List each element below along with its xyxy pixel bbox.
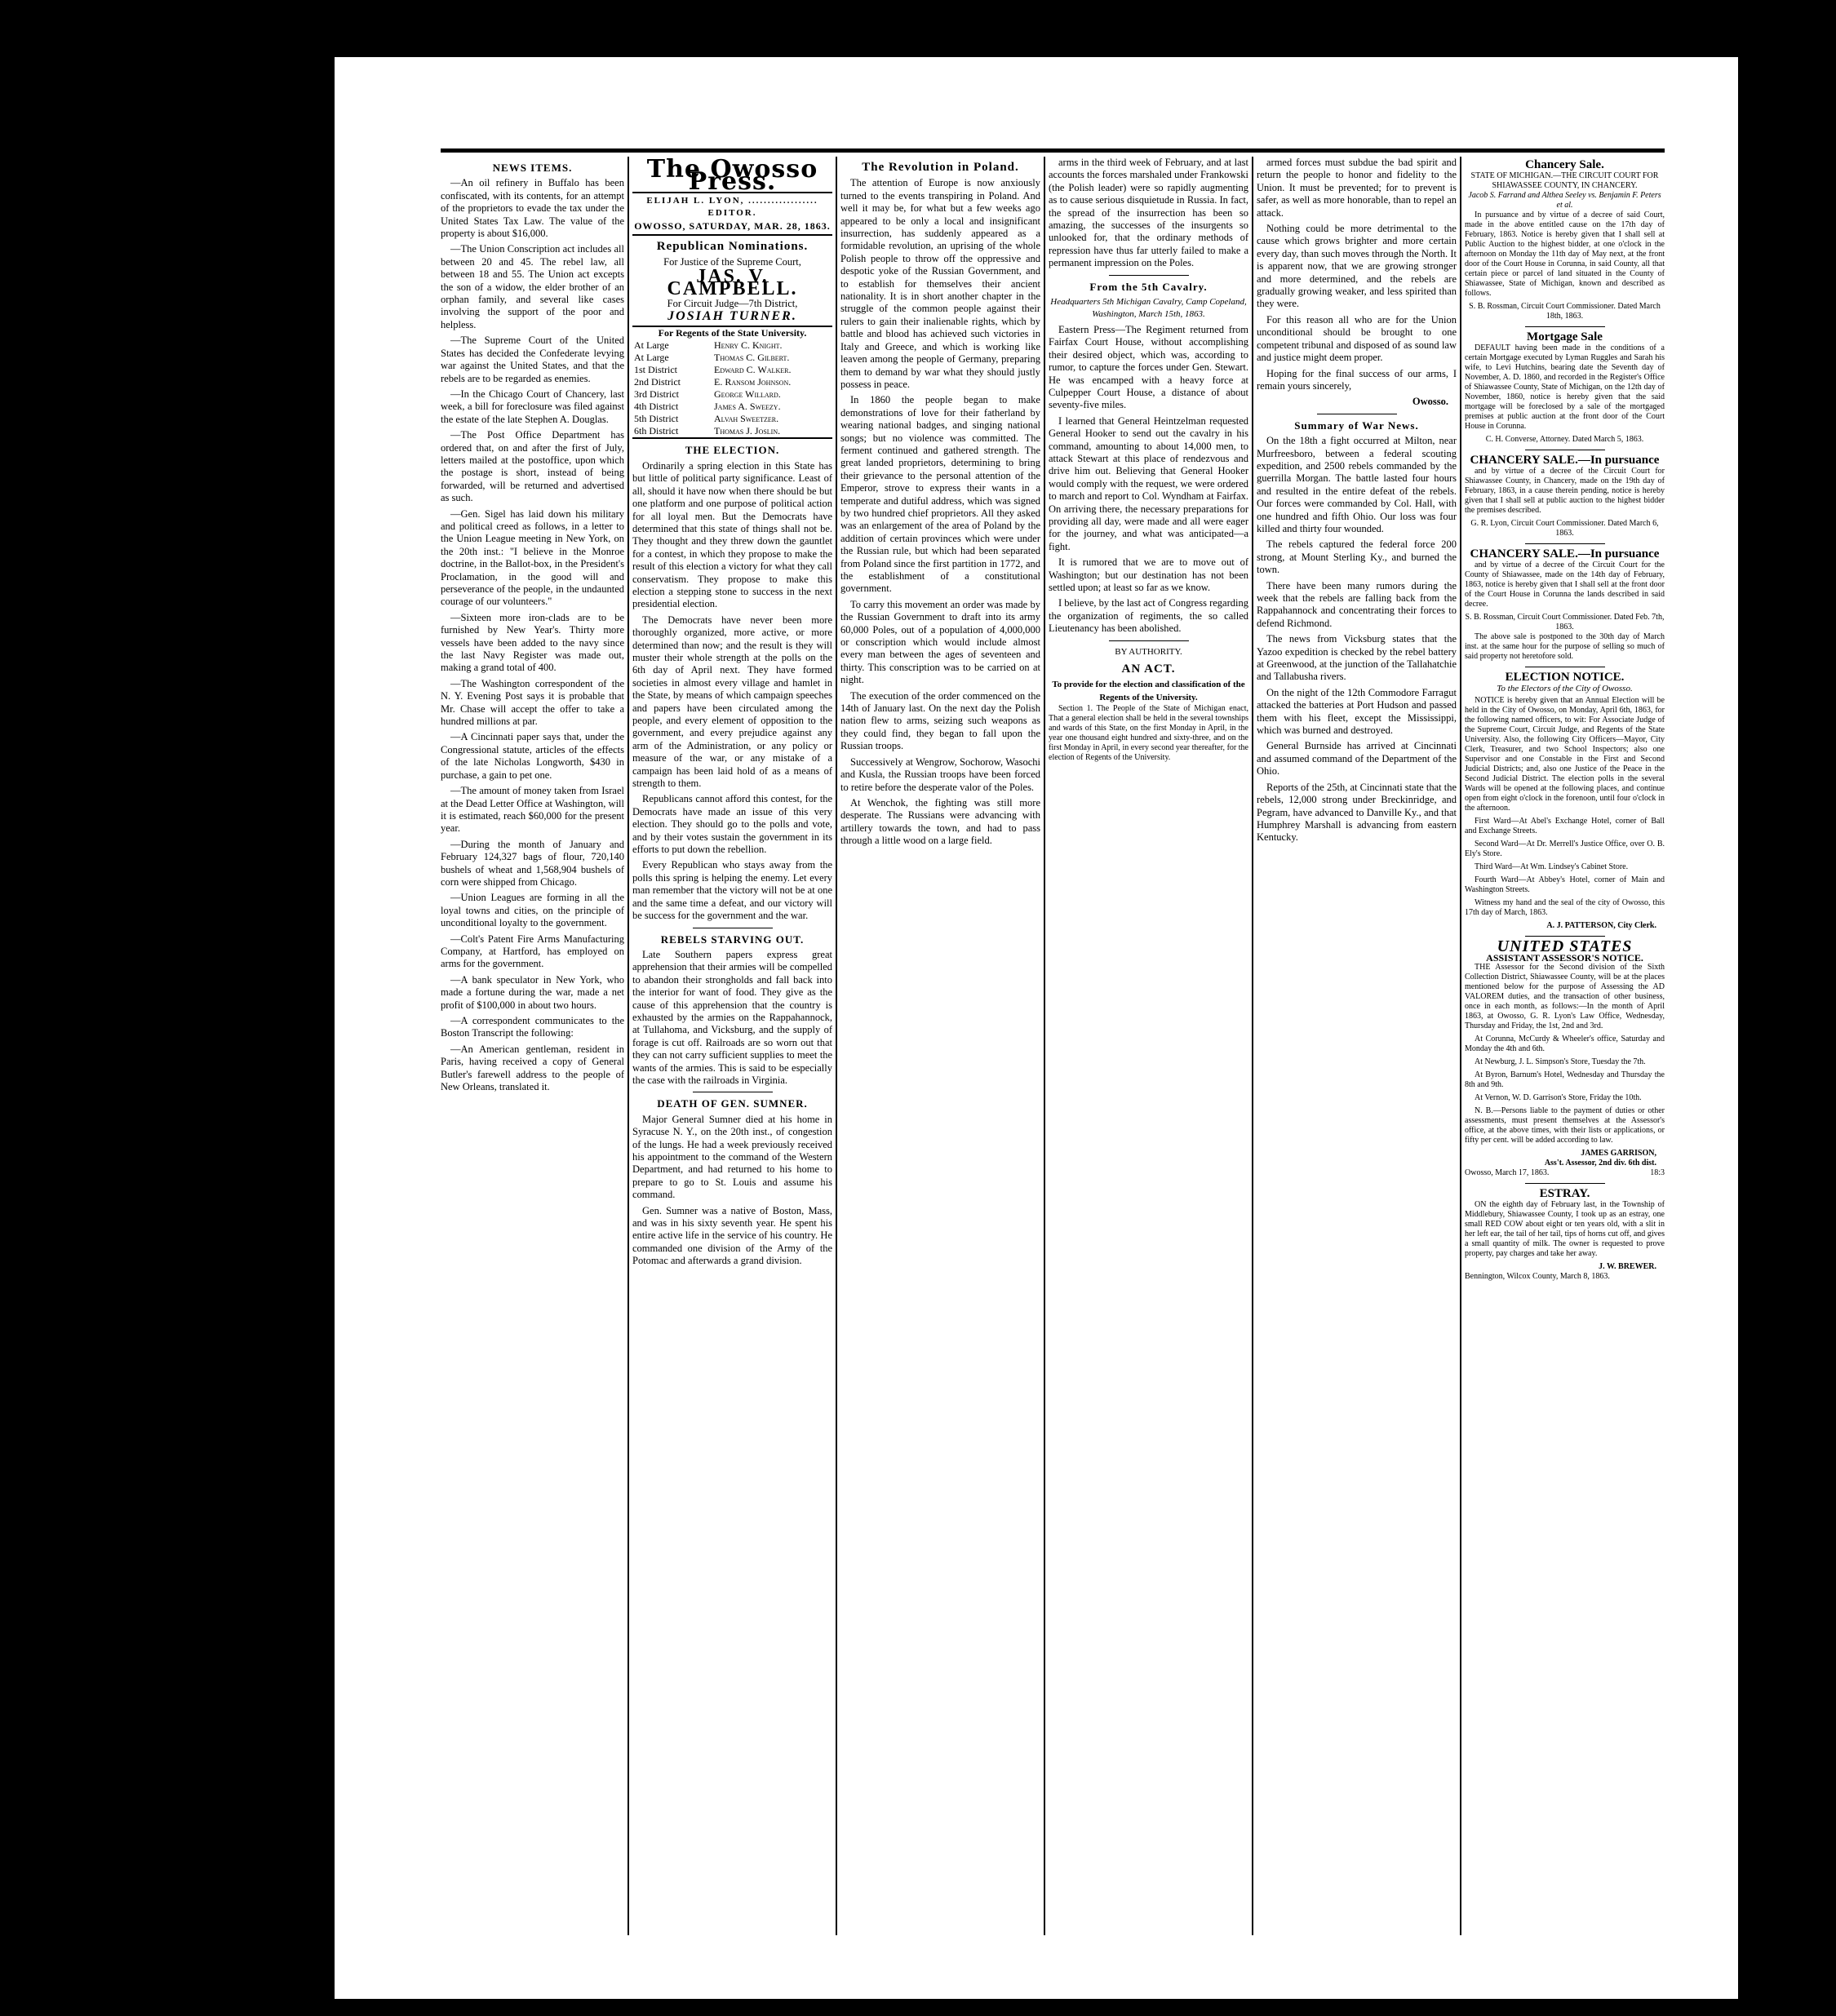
news-item: —Sixteen more iron-clads are to be furni… [441, 612, 624, 675]
ward-polling-places: First Ward—At Abel's Exchange Hotel, cor… [1465, 817, 1665, 895]
divider [1525, 450, 1605, 450]
regent-name: Thomas C. Gilbert. [712, 352, 832, 364]
divider [1525, 326, 1605, 327]
act-section: Section 1. The People of the State of Mi… [1049, 704, 1248, 763]
article-paragraph: Successively at Wengrow, Sochorow, Wasoc… [840, 756, 1040, 794]
column-rule [1460, 157, 1461, 1935]
act-heading: AN ACT. [1049, 663, 1248, 676]
regent-row: 6th DistrictThomas J. Joslin. [632, 425, 832, 438]
assessor-place: At Vernon, W. D. Garrison's Store, Frida… [1465, 1093, 1665, 1103]
ward-polling-place: Fourth Ward—At Abbey's Hotel, corner of … [1465, 875, 1665, 895]
poland-article: The attention of Europe is now anxiously… [840, 177, 1040, 847]
supreme-court-candidate: JAS. V. CAMPBELL. [632, 271, 832, 296]
newspaper-page: NEWS ITEMS. —An oil refinery in Buffalo … [441, 148, 1665, 1935]
column-rule [1044, 157, 1045, 1935]
article-paragraph: Ordinarily a spring election in this Sta… [632, 460, 832, 611]
column-editorial: The Owosso Press. ELIJAH L. LYON, ......… [632, 157, 832, 1935]
election-heading: THE ELECTION. [632, 444, 832, 456]
article-paragraph: At Wenchok, the fighting was still more … [840, 797, 1040, 848]
article-paragraph: On the night of the 12th Commodore Farra… [1257, 687, 1457, 738]
divider [1525, 667, 1605, 667]
assessor-note: N. B.—Persons liable to the payment of d… [1465, 1106, 1665, 1145]
election-notice-signature: A. J. PATTERSON, City Clerk. [1465, 921, 1656, 931]
article-paragraph: It is rumored that we are to move out of… [1049, 556, 1248, 594]
ward-polling-place: First Ward—At Abel's Exchange Hotel, cor… [1465, 817, 1665, 836]
regent-name: E. Ransom Johnson. [712, 376, 832, 388]
chancery-sale-3-heading: CHANCERY SALE.—In pursuance [1465, 549, 1665, 559]
news-item: —In the Chicago Court of Chancery, last … [441, 388, 624, 426]
news-item: —Union Leagues are forming in all the lo… [441, 892, 624, 929]
assessor-places: At Corunna, McCurdy & Wheeler's office, … [1465, 1035, 1665, 1103]
assessor-place: At Corunna, McCurdy & Wheeler's office, … [1465, 1035, 1665, 1054]
regent-name: Alvah Sweetzer. [712, 413, 832, 425]
article-paragraph: Reports of the 25th, at Cincinnati state… [1257, 782, 1457, 844]
letter-signature: Owosso. [1257, 396, 1448, 408]
divider [1525, 936, 1605, 937]
assessor-dated: Owosso, March 17, 1863. 18:3 [1465, 1168, 1665, 1178]
article-paragraph: On the 18th a fight occurred at Milton, … [1257, 435, 1457, 535]
assessor-signature: JAMES GARRISON, [1465, 1149, 1656, 1159]
news-item: —A Cincinnati paper says that, under the… [441, 731, 624, 782]
chancery-sale-heading: Chancery Sale. [1465, 160, 1665, 170]
act-subheading: To provide for the election and classifi… [1049, 679, 1248, 704]
regent-district: 5th District [632, 413, 712, 425]
regent-district: 1st District [632, 364, 712, 376]
assessor-subheading: ASSISTANT ASSESSOR'S NOTICE. [1465, 953, 1665, 963]
news-item: —The Washington correspondent of the N. … [441, 678, 624, 729]
article-paragraph: armed forces must subdue the bad spirit … [1257, 157, 1457, 219]
top-rule [441, 148, 1665, 153]
poland-heading: The Revolution in Poland. [840, 162, 1040, 174]
divider [1109, 640, 1189, 641]
column-rule [1252, 157, 1253, 1935]
chancery-2-signature: G. R. Lyon, Circuit Court Commissioner. … [1465, 519, 1665, 538]
regent-district: 2nd District [632, 376, 712, 388]
news-items-heading: NEWS ITEMS. [441, 162, 624, 174]
chancery-sale-2-heading: CHANCERY SALE.—In pursuance [1465, 455, 1665, 465]
article-paragraph: For this reason all who are for the Unio… [1257, 314, 1457, 365]
regent-name: Henry C. Knight. [712, 339, 832, 352]
news-item: —The Post Office Department has ordered … [441, 429, 624, 504]
article-paragraph: Eastern Press—The Regiment returned from… [1049, 324, 1248, 412]
news-item: —An American gentleman, resident in Pari… [441, 1043, 624, 1094]
assessor-place: At Byron, Barnum's Hotel, Wednesday and … [1465, 1070, 1665, 1090]
chancery-text: In pursuance and by virtue of a decree o… [1465, 210, 1665, 299]
letter-conclusion: armed forces must subdue the bad spirit … [1257, 157, 1457, 392]
election-article: Ordinarily a spring election in this Sta… [632, 460, 832, 923]
news-item: —The Supreme Court of the United States … [441, 335, 624, 385]
article-paragraph: The execution of the order commenced on … [840, 690, 1040, 753]
article-paragraph: I learned that General Heintzelman reque… [1049, 415, 1248, 553]
news-item: —The amount of money taken from Israel a… [441, 785, 624, 835]
sumner-article: Major General Sumner died at his home in… [632, 1114, 832, 1268]
regent-district: At Large [632, 339, 712, 352]
regent-row: 5th DistrictAlvah Sweetzer. [632, 413, 832, 425]
news-item: —During the month of January and Februar… [441, 839, 624, 889]
sumner-heading: DEATH OF GEN. SUMNER. [632, 1097, 832, 1110]
column-rule [836, 157, 837, 1935]
article-paragraph: Late Southern papers express great appre… [632, 949, 832, 1087]
column-poland: The Revolution in Poland. The attention … [840, 157, 1040, 1935]
article-paragraph: The attention of Europe is now anxiously… [840, 177, 1040, 391]
article-paragraph: Nothing could be more detrimental to the… [1257, 223, 1457, 311]
cavalry-dateline: Headquarters 5th Michigan Cavalry, Camp … [1049, 296, 1248, 321]
masthead-dateline: OWOSSO, SATURDAY, MAR. 28, 1863. [632, 220, 832, 233]
poland-article-continued: arms in the third week of February, and … [1049, 157, 1248, 270]
regent-name: Thomas J. Joslin. [712, 425, 832, 438]
news-items-list: —An oil refinery in Buffalo has been con… [441, 177, 624, 1093]
rebels-heading: REBELS STARVING OUT. [632, 933, 832, 946]
cavalry-heading: From the 5th Cavalry. [1049, 281, 1248, 293]
by-authority-label: BY AUTHORITY. [1049, 646, 1248, 658]
regent-row: 1st DistrictEdward C. Walker. [632, 364, 832, 376]
circuit-judge-label: For Circuit Judge—7th District, [632, 298, 832, 310]
election-notice-subheading: To the Electors of the City of Owosso. [1465, 684, 1665, 693]
column-war-news: armed forces must subdue the bad spirit … [1257, 157, 1457, 1935]
news-item: —The Union Conscription act includes all… [441, 243, 624, 331]
mortgage-sale-heading: Mortgage Sale [1465, 332, 1665, 342]
news-item: —Colt's Patent Fire Arms Manufacturing C… [441, 933, 624, 971]
regent-district: 3rd District [632, 388, 712, 401]
chancery-court: STATE OF MICHIGAN.—THE CIRCUIT COURT FOR… [1465, 171, 1665, 191]
article-paragraph: In 1860 the people began to make demonst… [840, 394, 1040, 596]
regent-name: Edward C. Walker. [712, 364, 832, 376]
masthead-title: The Owosso Press. [632, 163, 832, 188]
column-rule [628, 157, 629, 1935]
mortgage-signature: C. H. Converse, Attorney. Dated March 5,… [1465, 435, 1665, 445]
news-item: —A bank speculator in New York, who made… [441, 974, 624, 1012]
estray-signature: J. W. BREWER. [1465, 1262, 1656, 1272]
election-notice-text: NOTICE is hereby given that an Annual El… [1465, 696, 1665, 813]
regent-district: At Large [632, 352, 712, 364]
war-summary-article: On the 18th a fight occurred at Milton, … [1257, 435, 1457, 844]
regent-district: 6th District [632, 425, 712, 438]
masthead-editor: ELIJAH L. LYON, .................. EDITO… [632, 195, 832, 220]
article-paragraph: Major General Sumner died at his home in… [632, 1114, 832, 1202]
estray-heading: ESTRAY. [1465, 1189, 1665, 1199]
article-paragraph: Hoping for the final success of our arms… [1257, 368, 1457, 393]
article-paragraph: There have been many rumors during the w… [1257, 580, 1457, 631]
chancery-3-postponed: The above sale is postponed to the 30th … [1465, 632, 1665, 662]
ward-polling-place: Third Ward—At Wm. Lindsey's Cabinet Stor… [1465, 862, 1665, 872]
regent-row: 2nd DistrictE. Ransom Johnson. [632, 376, 832, 388]
regent-row: At LargeHenry C. Knight. [632, 339, 832, 352]
act-text: Section 1. The People of the State of Mi… [1049, 704, 1248, 763]
ward-polling-place: Second Ward—At Dr. Merrell's Justice Off… [1465, 840, 1665, 859]
divider [1317, 414, 1397, 414]
divider [693, 1092, 773, 1092]
chancery-signature: S. B. Rossman, Circuit Court Commissione… [1465, 302, 1665, 321]
divider [1525, 543, 1605, 544]
news-item: —A correspondent communicates to the Bos… [441, 1015, 624, 1040]
divider [693, 928, 773, 928]
divider [1109, 275, 1189, 276]
divider [1525, 1183, 1605, 1184]
assessor-text: THE Assessor for the Second division of … [1465, 963, 1665, 1031]
article-paragraph: General Burnside has arrived at Cincinna… [1257, 740, 1457, 778]
article-paragraph: arms in the third week of February, and … [1049, 157, 1248, 270]
news-item: —An oil refinery in Buffalo has been con… [441, 177, 624, 240]
chancery-2-text: and by virtue of a decree of the Circuit… [1465, 467, 1665, 516]
regents-label: For Regents of the State University. [632, 326, 832, 339]
article-paragraph: To carry this movement an order was made… [840, 599, 1040, 687]
cavalry-letter: Eastern Press—The Regiment returned from… [1049, 324, 1248, 636]
regent-row: 4th DistrictJames A. Sweezy. [632, 401, 832, 413]
chancery-3-signature: S. B. Rossman, Circuit Court Commissione… [1465, 613, 1665, 632]
article-paragraph: Republicans cannot afford this contest, … [632, 793, 832, 856]
regent-name: George Willard. [712, 388, 832, 401]
article-paragraph: Every Republican who stays away from the… [632, 859, 832, 922]
assessor-title: Ass't. Assessor, 2nd div. 6th dist. [1465, 1159, 1656, 1168]
regent-name: James A. Sweezy. [712, 401, 832, 413]
estray-text: ON the eighth day of February last, in t… [1465, 1200, 1665, 1259]
mortgage-text: DEFAULT having been made in the conditio… [1465, 343, 1665, 432]
masthead-rule [632, 234, 832, 236]
election-notice-heading: ELECTION NOTICE. [1465, 672, 1665, 682]
column-news-items: NEWS ITEMS. —An oil refinery in Buffalo … [441, 157, 624, 1935]
estray-dated: Bennington, Wilcox County, March 8, 1863… [1465, 1272, 1665, 1282]
column-legal-notices: Chancery Sale. STATE OF MICHIGAN.—THE CI… [1465, 157, 1665, 1935]
article-paragraph: The Democrats have never been more thoro… [632, 614, 832, 791]
article-paragraph: The news from Vicksburg states that the … [1257, 633, 1457, 684]
article-paragraph: The rebels captured the federal force 20… [1257, 538, 1457, 576]
regents-table: For Regents of the State University. At … [632, 326, 832, 439]
war-summary-heading: Summary of War News. [1257, 419, 1457, 432]
assessor-heading: UNITED STATES [1465, 942, 1665, 951]
regent-district: 4th District [632, 401, 712, 413]
article-paragraph: I believe, by the last act of Congress r… [1049, 597, 1248, 635]
article-paragraph: Gen. Sumner was a native of Boston, Mass… [632, 1205, 832, 1268]
rebels-article: Late Southern papers express great appre… [632, 949, 832, 1087]
column-cavalry: arms in the third week of February, and … [1049, 157, 1248, 1935]
regent-row: At LargeThomas C. Gilbert. [632, 352, 832, 364]
chancery-3-text: and by virtue of a decree of the Circuit… [1465, 560, 1665, 609]
election-notice-witness: Witness my hand and the seal of the city… [1465, 898, 1665, 918]
regent-row: 3rd DistrictGeorge Willard. [632, 388, 832, 401]
news-item: —Gen. Sigel has laid down his military a… [441, 508, 624, 609]
circuit-judge-candidate: JOSIAH TURNER. [632, 310, 832, 322]
assessor-place: At Newburg, J. L. Simpson's Store, Tuesd… [1465, 1057, 1665, 1067]
nominations-heading: Republican Nominations. [632, 241, 832, 253]
chancery-parties: Jacob S. Farrand and Althea Seeley vs. B… [1465, 191, 1665, 210]
